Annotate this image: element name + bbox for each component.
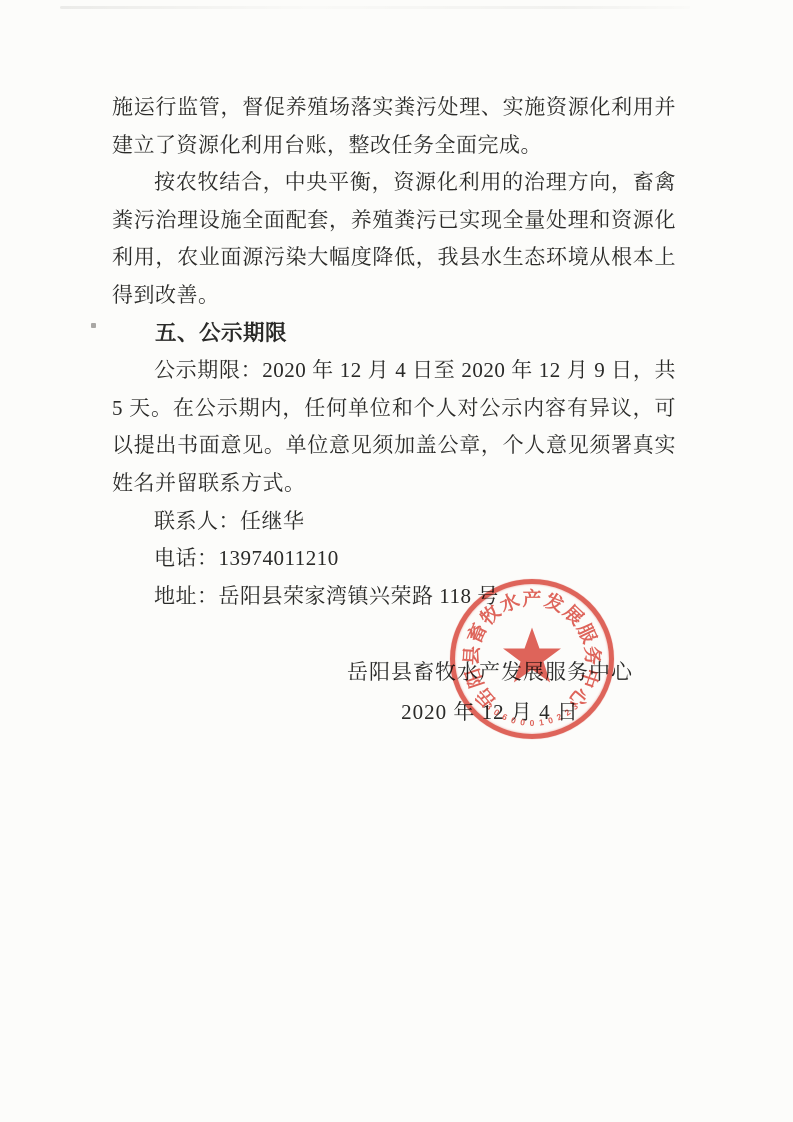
scan-artifact-streak [60,6,690,9]
text-line: 以提出书面意见。单位意见须加盖公章，个人意见须署真实 [112,427,676,465]
paragraph-notice-period: 公示期限：2020 年 12 月 4 日至 2020 年 12 月 9 日，共5… [112,352,676,502]
text-line: 粪污治理设施全面配套，养殖粪污已实现全量处理和资源化 [112,202,676,240]
text-line: 得到改善。 [112,277,676,315]
contact-phone-line: 电话：13974011210 [112,540,676,578]
contact-person-text: 联系人：任继华 [112,503,676,541]
contact-person-line: 联系人：任继华 [112,503,676,541]
contact-phone-text: 电话：13974011210 [112,540,676,578]
document-page: 施运行监管，督促养殖场落实粪污处理、实施资源化利用并建立了资源化利用台账，整改任… [0,0,793,1122]
paragraph-continuation: 施运行监管，督促养殖场落实粪污处理、实施资源化利用并建立了资源化利用台账，整改任… [112,89,676,164]
text-line: 5 天。在公示期内，任何单位和个人对公示内容有异议，可 [112,390,676,428]
section-heading: 五、公示期限 [112,315,676,353]
paragraph-treatment-summary: 按农牧结合，中央平衡，资源化利用的治理方向，畜禽粪污治理设施全面配套，养殖粪污已… [112,164,676,314]
official-seal: 岳阳县畜牧水产发展服务中心 30600010223 [450,579,614,739]
text-line: 建立了资源化利用台账，整改任务全面完成。 [112,127,676,165]
document-body: 施运行监管，督促养殖场落实粪污处理、实施资源化利用并建立了资源化利用台账，整改任… [112,89,676,615]
text-line: 按农牧结合，中央平衡，资源化利用的治理方向，畜禽 [112,164,676,202]
text-line: 施运行监管，督促养殖场落实粪污处理、实施资源化利用并 [112,89,676,127]
text-line: 姓名并留联系方式。 [112,465,676,503]
text-line: 利用，农业面源污染大幅度降低，我县水生态环境从根本上 [112,239,676,277]
scan-artifact-dot [91,323,96,328]
text-line: 公示期限：2020 年 12 月 4 日至 2020 年 12 月 9 日，共 [112,352,676,390]
